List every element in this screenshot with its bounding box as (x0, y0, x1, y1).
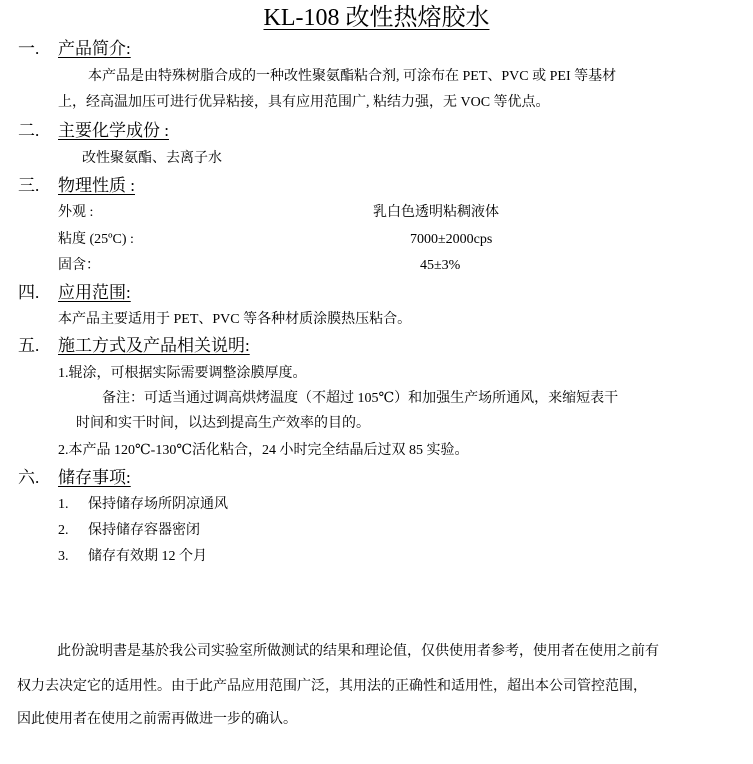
section-number: 三. (18, 175, 58, 197)
instruction-line-1: 1.辊涂，可根据实际需要调整涂膜厚度。 (58, 364, 307, 384)
instruction-line-2: 2.本产品 120℃-130℃活化粘合，24 小时完全结晶后过双 85 实验。 (58, 441, 468, 461)
property-label-viscosity: 粘度 (25ºC) : (58, 230, 134, 250)
property-label-solids: 固含： (58, 256, 100, 276)
section-title: 应用范围: (58, 283, 131, 302)
section-number: 五. (18, 335, 58, 357)
section-title: 产品简介: (58, 39, 131, 58)
section-4-heading: 四.应用范围: (18, 282, 131, 304)
instruction-note-line-2: 时间和实干时间，以达到提高生产效率的目的。 (76, 414, 370, 434)
section-number: 二. (18, 120, 58, 142)
storage-item-1: 1.保持储存场所阴凉通风 (58, 495, 228, 515)
intro-paragraph-line-2: 上，经高温加压可进行优异粘接，具有应用范围广, 粘结力强，无 VOC 等优点。 (58, 93, 550, 113)
section-1-heading: 一.产品简介: (18, 38, 131, 60)
section-number: 六. (18, 467, 58, 489)
disclaimer-line-2: 权力去决定它的适用性。由于此产品应用范围广泛，其用法的正确性和适用性，超出本公司… (17, 677, 647, 697)
section-title: 主要化学成份 : (58, 121, 169, 140)
composition-text: 改性聚氨酯、去离子水 (82, 149, 222, 169)
property-value-solids: 45±3% (420, 256, 460, 276)
section-3-heading: 三.物理性质 : (18, 175, 135, 197)
storage-item-2: 2.保持储存容器密闭 (58, 521, 200, 541)
document-title: KL-108 改性热熔胶水 (0, 4, 753, 32)
section-title: 施工方式及产品相关说明: (58, 336, 250, 355)
section-title: 储存事项: (58, 468, 131, 487)
section-number: 四. (18, 282, 58, 304)
storage-item-3: 3.储存有效期 12 个月 (58, 547, 207, 567)
property-value-appearance: 乳白色透明粘稠液体 (373, 203, 499, 223)
section-number: 一. (18, 38, 58, 60)
section-6-heading: 六.储存事项: (18, 467, 131, 489)
section-5-heading: 五.施工方式及产品相关说明: (18, 335, 250, 357)
section-title: 物理性质 : (58, 176, 135, 195)
section-2-heading: 二.主要化学成份 : (18, 120, 169, 142)
document-page: KL-108 改性热熔胶水 一.产品简介: 本产品是由特殊树脂合成的一种改性聚氨… (0, 0, 753, 764)
property-label-appearance: 外观 : (58, 203, 93, 223)
intro-paragraph-line-1: 本产品是由特殊树脂合成的一种改性聚氨酯粘合剂, 可涂布在 PET、PVC 或 P… (88, 67, 616, 87)
instruction-note-line-1: 备注：可适当通过调高烘烤温度（不超过 105℃）和加强生产场所通风，来缩短表干 (102, 389, 618, 409)
disclaimer-line-1: 此份說明書是基於我公司实验室所做测试的结果和理论值，仅供使用者参考，使用者在使用… (57, 642, 659, 662)
disclaimer-line-3: 因此使用者在使用之前需再做进一步的确认。 (17, 710, 297, 730)
property-value-viscosity: 7000±2000cps (410, 230, 492, 250)
application-text: 本产品主要适用于 PET、PVC 等各种材质涂膜热压粘合。 (58, 310, 411, 330)
